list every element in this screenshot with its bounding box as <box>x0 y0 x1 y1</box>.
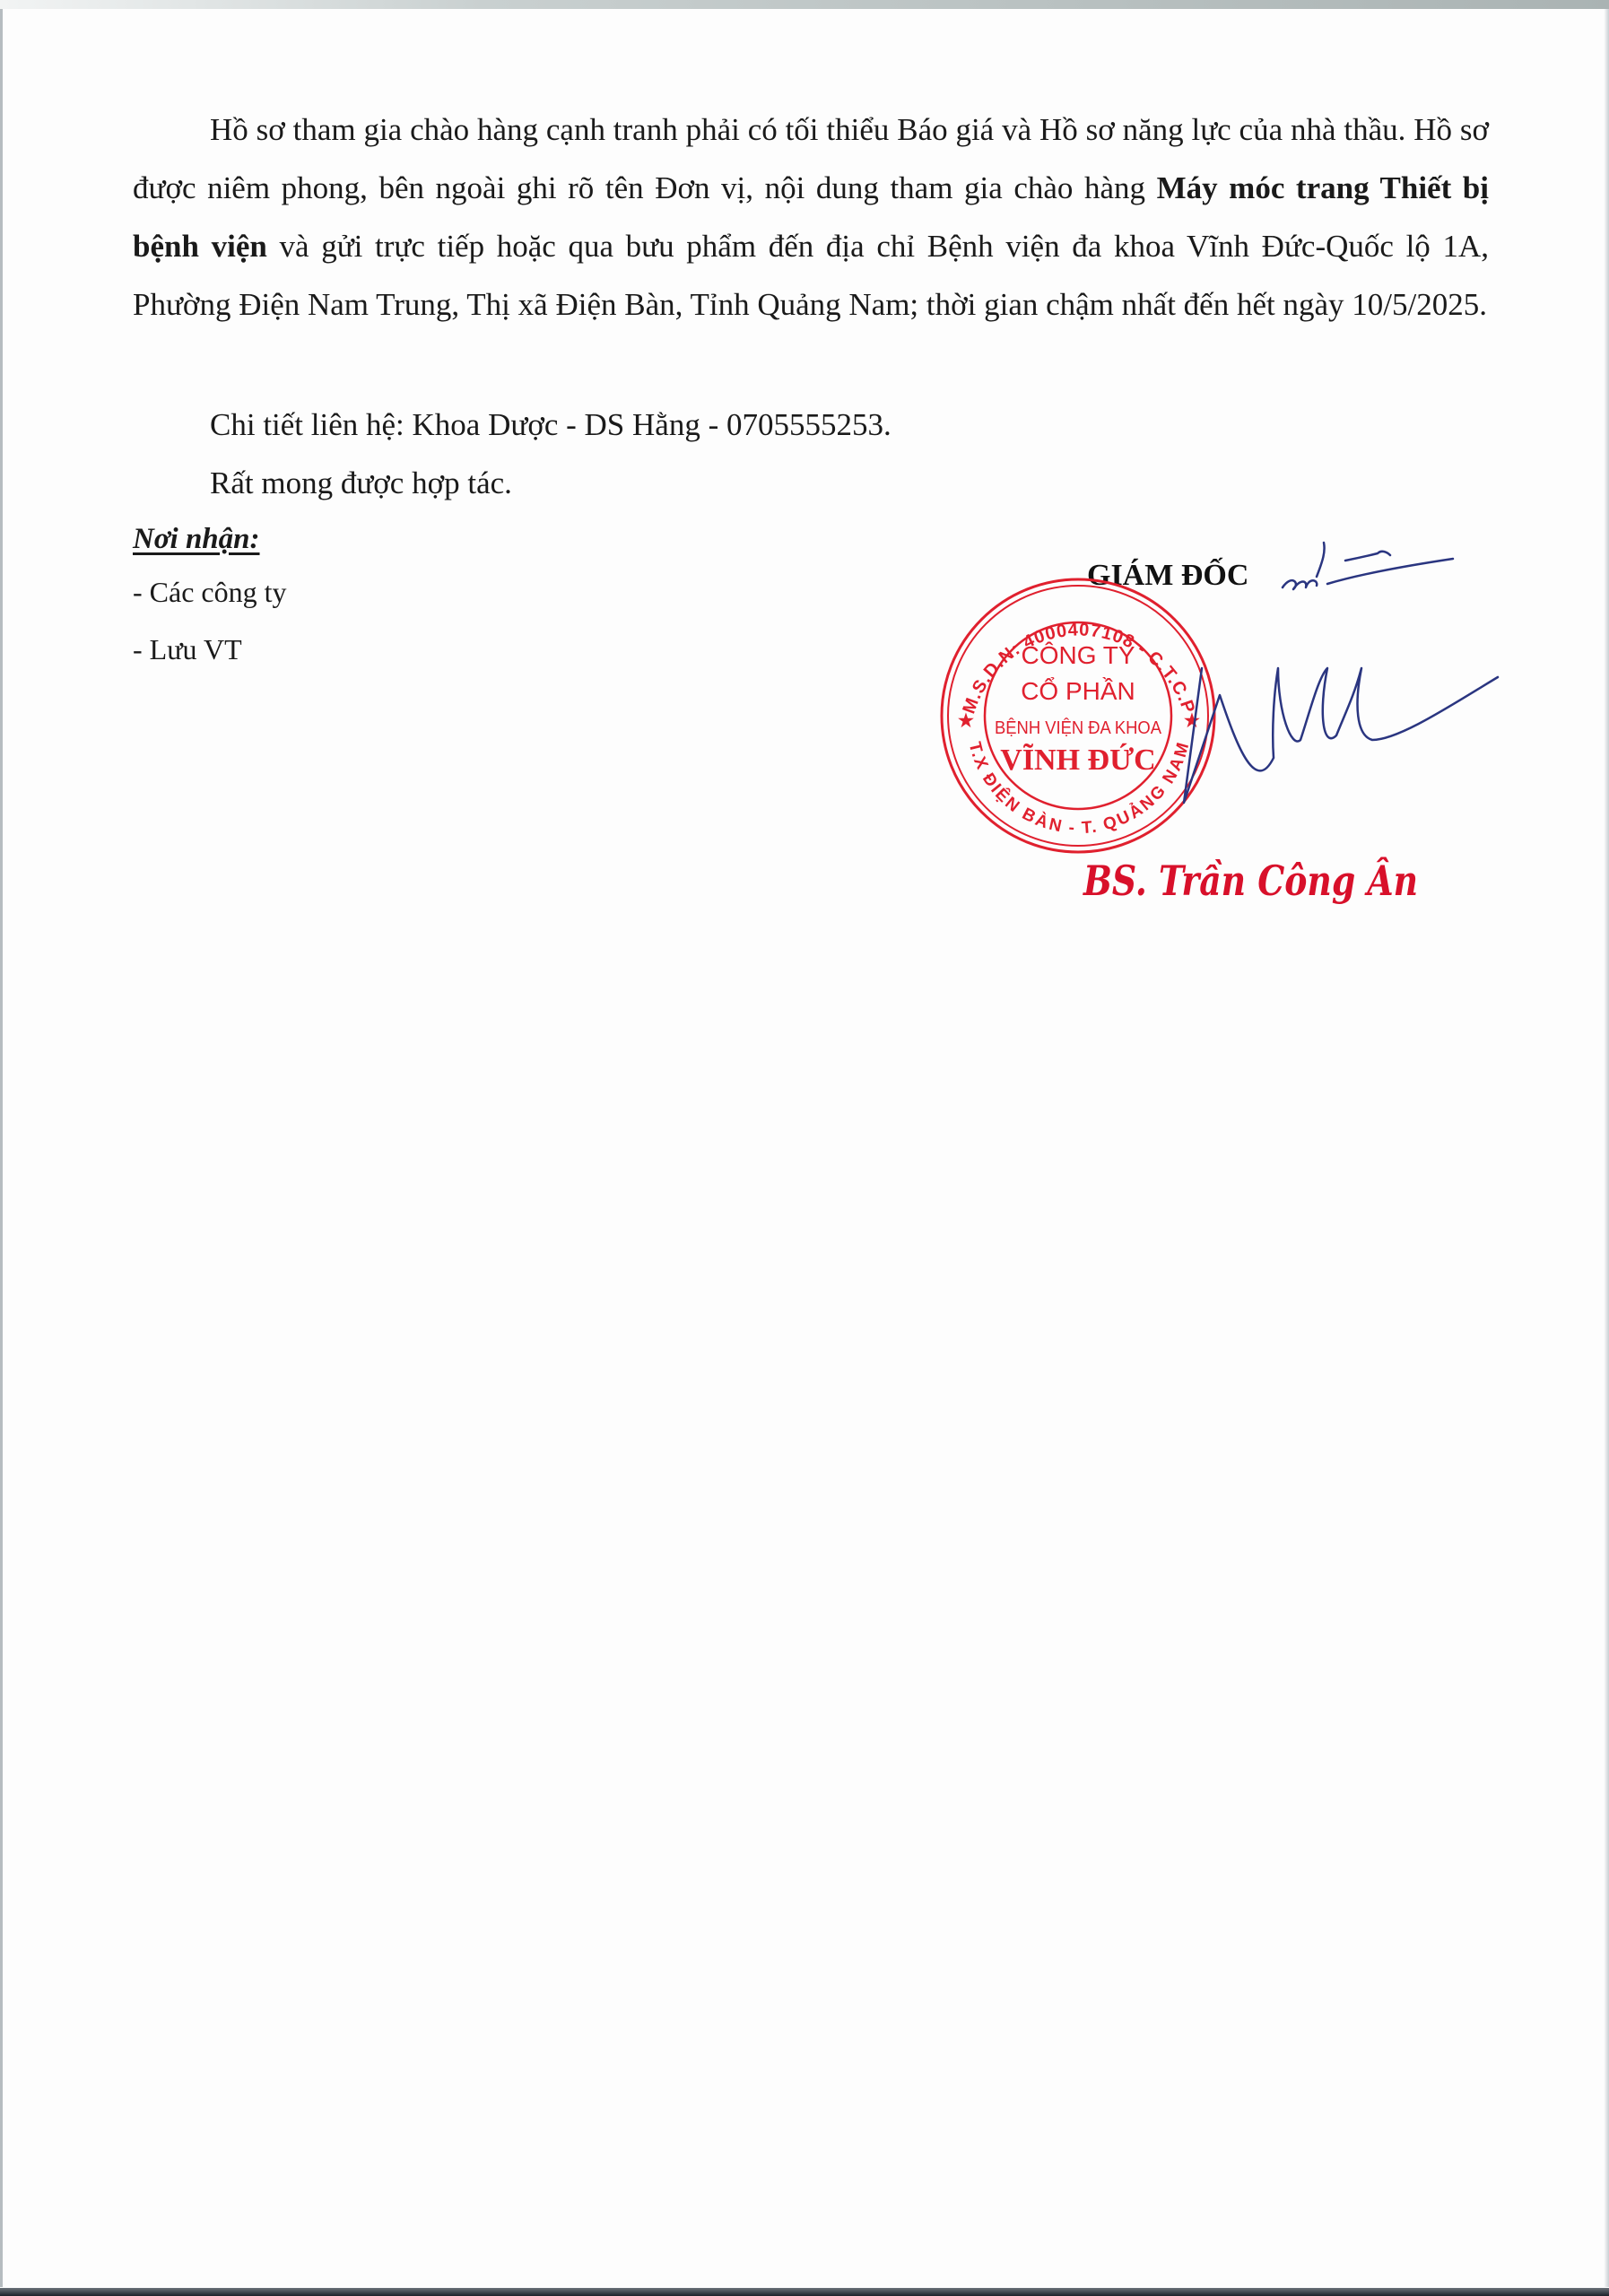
recipient-item: - Lưu VT <box>133 633 242 666</box>
contact-line: Chi tiết liên hệ: Khoa Dược - DS Hằng - … <box>210 405 891 445</box>
stamp-line-3: BỆNH VIỆN ĐA KHOA <box>995 717 1162 738</box>
stamp-line-2: CỔ PHẦN <box>1021 677 1135 705</box>
stamp-line-4: VĨNH ĐỨC <box>1000 743 1155 777</box>
stamp-line-1: CÔNG TY <box>1021 641 1135 669</box>
submission-paragraph: Hồ sơ tham gia chào hàng cạnh tranh phải… <box>133 100 1489 334</box>
paragraph-text-2: và gửi trực tiếp hoặc qua bưu phẩm đến đ… <box>133 229 1489 322</box>
signer-name: BS. Trần Công Ân <box>1083 857 1418 905</box>
recipient-item: - Các công ty <box>133 576 287 609</box>
document-page: Hồ sơ tham gia chào hàng cạnh tranh phải… <box>0 0 1609 2296</box>
handwritten-signature <box>1166 534 1507 821</box>
recipients-title: Nơi nhận: <box>133 523 260 556</box>
closing-line: Rất mong được hợp tác. <box>210 464 512 503</box>
stamp-star-icon: ★ <box>958 711 974 731</box>
